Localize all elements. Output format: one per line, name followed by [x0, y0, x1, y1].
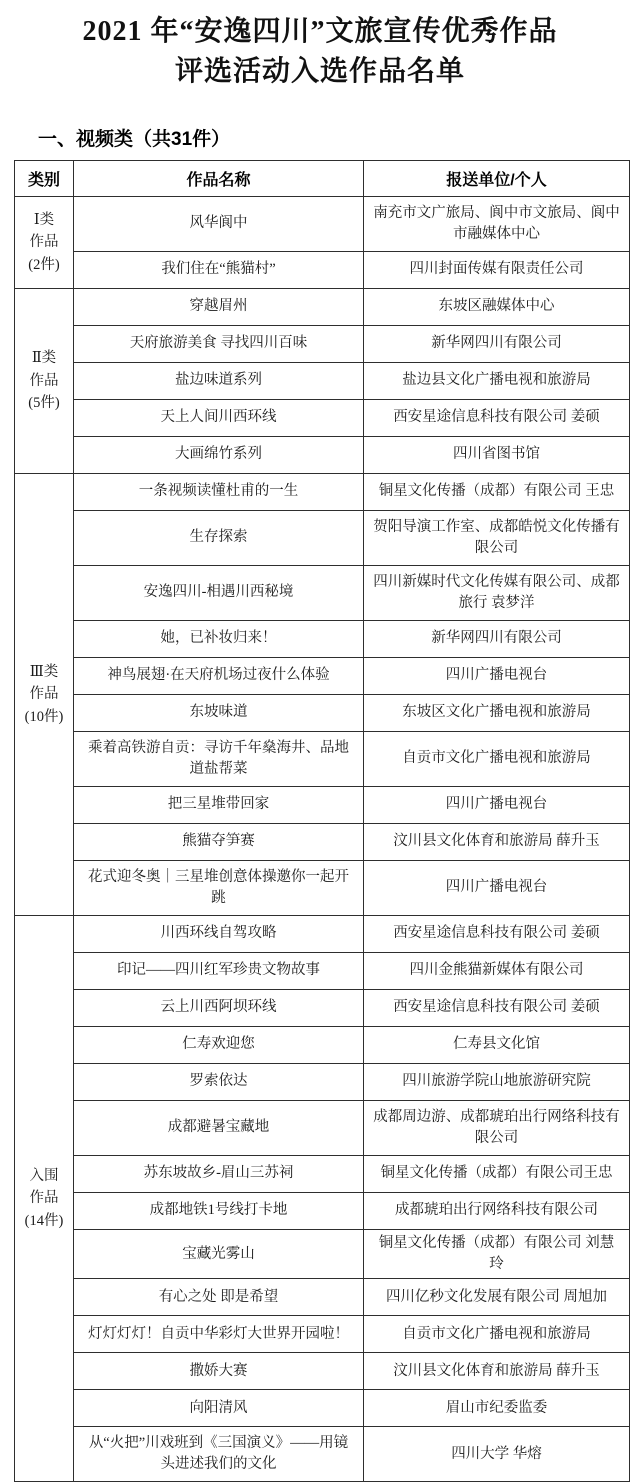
- document-page: 2021 年“安逸四川”文旅宣传优秀作品 评选活动入选作品名单 一、视频类（共3…: [0, 0, 640, 1482]
- table-row: 花式迎冬奥｜三星堆创意体操邀你一起开跳四川广播电视台: [15, 861, 630, 916]
- table-row: 成都避暑宝藏地成都周边游、成都琥珀出行网络科技有限公司: [15, 1101, 630, 1156]
- work-title-cell: 仁寿欢迎您: [74, 1027, 364, 1064]
- column-header-submitter: 报送单位/个人: [364, 161, 630, 197]
- submitter-cell: 四川旅游学院山地旅游研究院: [364, 1064, 630, 1101]
- work-title-cell: 向阳清风: [74, 1390, 364, 1427]
- category-label-line: 作品: [23, 683, 65, 705]
- work-title-cell: 熊猫夺笋赛: [74, 824, 364, 861]
- table-row: 苏东坡故乡-眉山三苏祠铜星文化传播（成都）有限公司王忠: [15, 1156, 630, 1193]
- category-cell: Ⅲ类作品(10件): [15, 474, 74, 916]
- column-header-category: 类别: [15, 161, 74, 197]
- category-label-line: Ⅱ类: [23, 347, 65, 369]
- work-title-cell: 宝藏光雾山: [74, 1230, 364, 1279]
- category-label-line: 作品: [23, 231, 65, 253]
- submitter-cell: 西安星途信息科技有限公司 姜硕: [364, 400, 630, 437]
- section-heading-video-category: 一、视频类（共31件）: [38, 124, 640, 151]
- work-title-cell: 风华阆中: [74, 197, 364, 252]
- table-row: 熊猫夺笋赛汶川县文化体育和旅游局 薛升玉: [15, 824, 630, 861]
- document-title-line-1: 2021 年“安逸四川”文旅宣传优秀作品: [0, 12, 640, 52]
- submitter-cell: 西安星途信息科技有限公司 姜硕: [364, 990, 630, 1027]
- work-title-cell: 从“火把”川戏班到《三国演义》——用镜头进述我们的文化: [74, 1427, 364, 1482]
- table-row: 从“火把”川戏班到《三国演义》——用镜头进述我们的文化四川大学 华熔: [15, 1427, 630, 1482]
- submitter-cell: 南充市文广旅局、阆中市文旅局、阆中市融媒体中心: [364, 197, 630, 252]
- category-label-line: Ⅰ类: [23, 209, 65, 231]
- submitter-cell: 自贡市文化广播电视和旅游局: [364, 732, 630, 787]
- category-label-line: (5件): [23, 392, 65, 414]
- submitter-cell: 自贡市文化广播电视和旅游局: [364, 1316, 630, 1353]
- work-title-cell: 天上人间川西环线: [74, 400, 364, 437]
- table-row: 乘着高铁游自贡：寻访千年燊海井、品地道盐帮菜自贡市文化广播电视和旅游局: [15, 732, 630, 787]
- table-row: 撒娇大赛汶川县文化体育和旅游局 薛升玉: [15, 1353, 630, 1390]
- submitter-cell: 四川封面传媒有限责任公司: [364, 252, 630, 289]
- work-title-cell: 有心之处 即是希望: [74, 1279, 364, 1316]
- submitter-cell: 四川大学 华熔: [364, 1427, 630, 1482]
- category-label-line: (10件): [23, 706, 65, 728]
- document-title: 2021 年“安逸四川”文旅宣传优秀作品 评选活动入选作品名单: [0, 12, 640, 92]
- category-cell: Ⅱ类作品(5件): [15, 289, 74, 474]
- work-title-cell: 盐边味道系列: [74, 363, 364, 400]
- work-title-cell: 成都地铁1号线打卡地: [74, 1193, 364, 1230]
- work-title-cell: 川西环线自驾攻略: [74, 916, 364, 953]
- table-row: 安逸四川-相遇川西秘境四川新媒时代文化传媒有限公司、成都旅行 袁梦洋: [15, 566, 630, 621]
- submitter-cell: 成都琥珀出行网络科技有限公司: [364, 1193, 630, 1230]
- submitter-cell: 东坡区文化广播电视和旅游局: [364, 695, 630, 732]
- submitter-cell: 眉山市纪委监委: [364, 1390, 630, 1427]
- table-row: 灯灯灯灯！自贡中华彩灯大世界开园啦！自贡市文化广播电视和旅游局: [15, 1316, 630, 1353]
- work-title-cell: 花式迎冬奥｜三星堆创意体操邀你一起开跳: [74, 861, 364, 916]
- work-title-cell: 神鸟展翅·在天府机场过夜什么体验: [74, 658, 364, 695]
- work-title-cell: 一条视频读懂杜甫的一生: [74, 474, 364, 511]
- work-title-cell: 把三星堆带回家: [74, 787, 364, 824]
- table-row: 盐边味道系列盐边县文化广播电视和旅游局: [15, 363, 630, 400]
- table-row: 生存探索贺阳导演工作室、成都皓悦文化传播有限公司: [15, 511, 630, 566]
- table-row: 把三星堆带回家四川广播电视台: [15, 787, 630, 824]
- table-row: 向阳清风眉山市纪委监委: [15, 1390, 630, 1427]
- submitter-cell: 四川金熊猫新媒体有限公司: [364, 953, 630, 990]
- works-table-body: Ⅰ类作品(2件)风华阆中南充市文广旅局、阆中市文旅局、阆中市融媒体中心我们住在“…: [15, 197, 630, 1482]
- category-cell: 入围作品(14件): [15, 916, 74, 1482]
- submitter-cell: 成都周边游、成都琥珀出行网络科技有限公司: [364, 1101, 630, 1156]
- category-label-line: Ⅲ类: [23, 661, 65, 683]
- table-row: Ⅱ类作品(5件)穿越眉州东坡区融媒体中心: [15, 289, 630, 326]
- submitter-cell: 铜星文化传播（成都）有限公司王忠: [364, 1156, 630, 1193]
- work-title-cell: 成都避暑宝藏地: [74, 1101, 364, 1156]
- table-row: 宝藏光雾山铜星文化传播（成都）有限公司 刘慧玲: [15, 1230, 630, 1279]
- submitter-cell: 新华网四川有限公司: [364, 621, 630, 658]
- table-row: 神鸟展翅·在天府机场过夜什么体验四川广播电视台: [15, 658, 630, 695]
- table-row: 天上人间川西环线西安星途信息科技有限公司 姜硕: [15, 400, 630, 437]
- work-title-cell: 大画绵竹系列: [74, 437, 364, 474]
- work-title-cell: 东坡味道: [74, 695, 364, 732]
- work-title-cell: 天府旅游美食 寻找四川百味: [74, 326, 364, 363]
- category-label-line: (14件): [23, 1210, 65, 1232]
- submitter-cell: 盐边县文化广播电视和旅游局: [364, 363, 630, 400]
- document-title-line-2: 评选活动入选作品名单: [0, 52, 640, 92]
- submitter-cell: 新华网四川有限公司: [364, 326, 630, 363]
- work-title-cell: 罗索依达: [74, 1064, 364, 1101]
- submitter-cell: 西安星途信息科技有限公司 姜硕: [364, 916, 630, 953]
- category-label-line: 入围: [23, 1165, 65, 1187]
- work-title-cell: 乘着高铁游自贡：寻访千年燊海井、品地道盐帮菜: [74, 732, 364, 787]
- submitter-cell: 汶川县文化体育和旅游局 薛升玉: [364, 1353, 630, 1390]
- submitter-cell: 仁寿县文化馆: [364, 1027, 630, 1064]
- table-row: 我们住在“熊猫村”四川封面传媒有限责任公司: [15, 252, 630, 289]
- work-title-cell: 印记——四川红军珍贵文物故事: [74, 953, 364, 990]
- submitter-cell: 四川广播电视台: [364, 861, 630, 916]
- work-title-cell: 灯灯灯灯！自贡中华彩灯大世界开园啦！: [74, 1316, 364, 1353]
- works-table: 类别 作品名称 报送单位/个人 Ⅰ类作品(2件)风华阆中南充市文广旅局、阆中市文…: [14, 160, 630, 1482]
- table-row: 她，已补妆归来！新华网四川有限公司: [15, 621, 630, 658]
- work-title-cell: 安逸四川-相遇川西秘境: [74, 566, 364, 621]
- table-row: 东坡味道东坡区文化广播电视和旅游局: [15, 695, 630, 732]
- work-title-cell: 撒娇大赛: [74, 1353, 364, 1390]
- submitter-cell: 汶川县文化体育和旅游局 薛升玉: [364, 824, 630, 861]
- submitter-cell: 铜星文化传播（成都）有限公司 王忠: [364, 474, 630, 511]
- category-label-line: (2件): [23, 254, 65, 276]
- table-row: 印记——四川红军珍贵文物故事四川金熊猫新媒体有限公司: [15, 953, 630, 990]
- submitter-cell: 铜星文化传播（成都）有限公司 刘慧玲: [364, 1230, 630, 1279]
- table-row: 云上川西阿坝环线西安星途信息科技有限公司 姜硕: [15, 990, 630, 1027]
- submitter-cell: 四川新媒时代文化传媒有限公司、成都旅行 袁梦洋: [364, 566, 630, 621]
- category-label-line: 作品: [23, 370, 65, 392]
- column-header-work-title: 作品名称: [74, 161, 364, 197]
- submitter-cell: 四川亿秒文化发展有限公司 周旭加: [364, 1279, 630, 1316]
- work-title-cell: 生存探索: [74, 511, 364, 566]
- submitter-cell: 四川广播电视台: [364, 658, 630, 695]
- category-label-line: 作品: [23, 1187, 65, 1209]
- table-row: Ⅲ类作品(10件)一条视频读懂杜甫的一生铜星文化传播（成都）有限公司 王忠: [15, 474, 630, 511]
- work-title-cell: 苏东坡故乡-眉山三苏祠: [74, 1156, 364, 1193]
- submitter-cell: 四川省图书馆: [364, 437, 630, 474]
- table-row: 天府旅游美食 寻找四川百味新华网四川有限公司: [15, 326, 630, 363]
- submitter-cell: 东坡区融媒体中心: [364, 289, 630, 326]
- table-row: 仁寿欢迎您仁寿县文化馆: [15, 1027, 630, 1064]
- table-row: Ⅰ类作品(2件)风华阆中南充市文广旅局、阆中市文旅局、阆中市融媒体中心: [15, 197, 630, 252]
- table-row: 罗索依达四川旅游学院山地旅游研究院: [15, 1064, 630, 1101]
- table-row: 大画绵竹系列四川省图书馆: [15, 437, 630, 474]
- work-title-cell: 云上川西阿坝环线: [74, 990, 364, 1027]
- work-title-cell: 她，已补妆归来！: [74, 621, 364, 658]
- table-row: 入围作品(14件)川西环线自驾攻略西安星途信息科技有限公司 姜硕: [15, 916, 630, 953]
- category-cell: Ⅰ类作品(2件): [15, 197, 74, 289]
- work-title-cell: 我们住在“熊猫村”: [74, 252, 364, 289]
- table-row: 成都地铁1号线打卡地成都琥珀出行网络科技有限公司: [15, 1193, 630, 1230]
- submitter-cell: 贺阳导演工作室、成都皓悦文化传播有限公司: [364, 511, 630, 566]
- work-title-cell: 穿越眉州: [74, 289, 364, 326]
- table-row: 有心之处 即是希望四川亿秒文化发展有限公司 周旭加: [15, 1279, 630, 1316]
- submitter-cell: 四川广播电视台: [364, 787, 630, 824]
- table-header-row: 类别 作品名称 报送单位/个人: [15, 161, 630, 197]
